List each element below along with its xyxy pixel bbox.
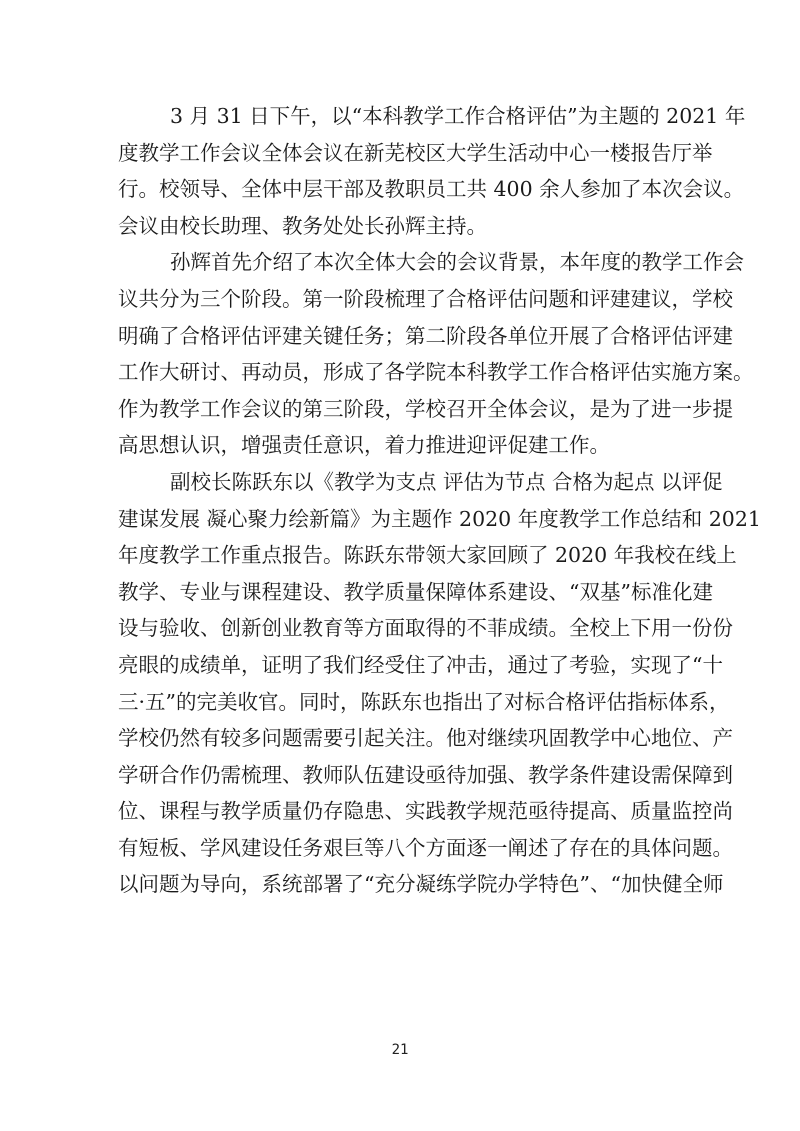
paragraph-meeting-intro: 3 月 31 日下午，以“本科教学工作合格评估”为主题的 2021 年 度教学工… bbox=[118, 98, 684, 244]
text-line: 高思想认识，增强责任意识，着力推进迎评促建工作。 bbox=[118, 427, 684, 464]
text-line: 明确了合格评估评建关键任务；第二阶段各单位开展了合格评估评建 bbox=[118, 318, 684, 355]
text-line: 亮眼的成绩单，证明了我们经受住了冲击，通过了考验，实现了“十 bbox=[118, 647, 684, 684]
text-line: 位、课程与教学质量仍存隐患、实践教学规范亟待提高、质量监控尚 bbox=[118, 793, 684, 830]
text-line: 作为教学工作会议的第三阶段，学校召开全体会议，是为了进一步提 bbox=[118, 391, 684, 428]
text-line: 三·五”的完美收官。同时，陈跃东也指出了对标合格评估指标体系， bbox=[118, 684, 684, 721]
paragraph-vice-president-report: 副校长陈跃东以《教学为支点 评估为节点 合格为起点 以评促 建谋发展 凝心聚力绘… bbox=[118, 464, 684, 903]
text-line: 议共分为三个阶段。第一阶段梳理了合格评估问题和评建建议，学校 bbox=[118, 281, 684, 318]
text-line: 3 月 31 日下午，以“本科教学工作合格评估”为主题的 2021 年 bbox=[118, 98, 684, 135]
document-page: 3 月 31 日下午，以“本科教学工作合格评估”为主题的 2021 年 度教学工… bbox=[0, 0, 800, 1131]
text-line: 副校长陈跃东以《教学为支点 评估为节点 合格为起点 以评促 bbox=[118, 464, 684, 501]
text-line: 行。校领导、全体中层干部及教职员工共 400 余人参加了本次会议。 bbox=[118, 171, 684, 208]
text-line: 学校仍然有较多问题需要引起关注。他对继续巩固教学中心地位、产 bbox=[118, 720, 684, 757]
text-line: 建谋发展 凝心聚力绘新篇》为主题作 2020 年度教学工作总结和 2021 bbox=[118, 501, 684, 538]
page-number: 21 bbox=[0, 1042, 800, 1058]
text-line: 孙辉首先介绍了本次全体大会的会议背景，本年度的教学工作会 bbox=[118, 244, 684, 281]
text-line: 度教学工作会议全体会议在新芜校区大学生活动中心一楼报告厅举 bbox=[118, 135, 684, 172]
text-line: 以问题为导向，系统部署了“充分凝练学院办学特色”、“加快健全师 bbox=[118, 866, 684, 903]
text-line: 有短板、学风建设任务艰巨等八个方面逐一阐述了存在的具体问题。 bbox=[118, 830, 684, 867]
text-line: 工作大研讨、再动员，形成了各学院本科教学工作合格评估实施方案。 bbox=[118, 354, 684, 391]
paragraph-meeting-background: 孙辉首先介绍了本次全体大会的会议背景，本年度的教学工作会 议共分为三个阶段。第一… bbox=[118, 244, 684, 464]
text-line: 会议由校长助理、教务处处长孙辉主持。 bbox=[118, 208, 684, 245]
text-line: 年度教学工作重点报告。陈跃东带领大家回顾了 2020 年我校在线上 bbox=[118, 537, 684, 574]
document-body: 3 月 31 日下午，以“本科教学工作合格评估”为主题的 2021 年 度教学工… bbox=[118, 98, 684, 903]
text-line: 设与验收、创新创业教育等方面取得的不菲成绩。全校上下用一份份 bbox=[118, 610, 684, 647]
text-line: 学研合作仍需梳理、教师队伍建设亟待加强、教学条件建设需保障到 bbox=[118, 757, 684, 794]
text-line: 教学、专业与课程建设、教学质量保障体系建设、“双基”标准化建 bbox=[118, 574, 684, 611]
